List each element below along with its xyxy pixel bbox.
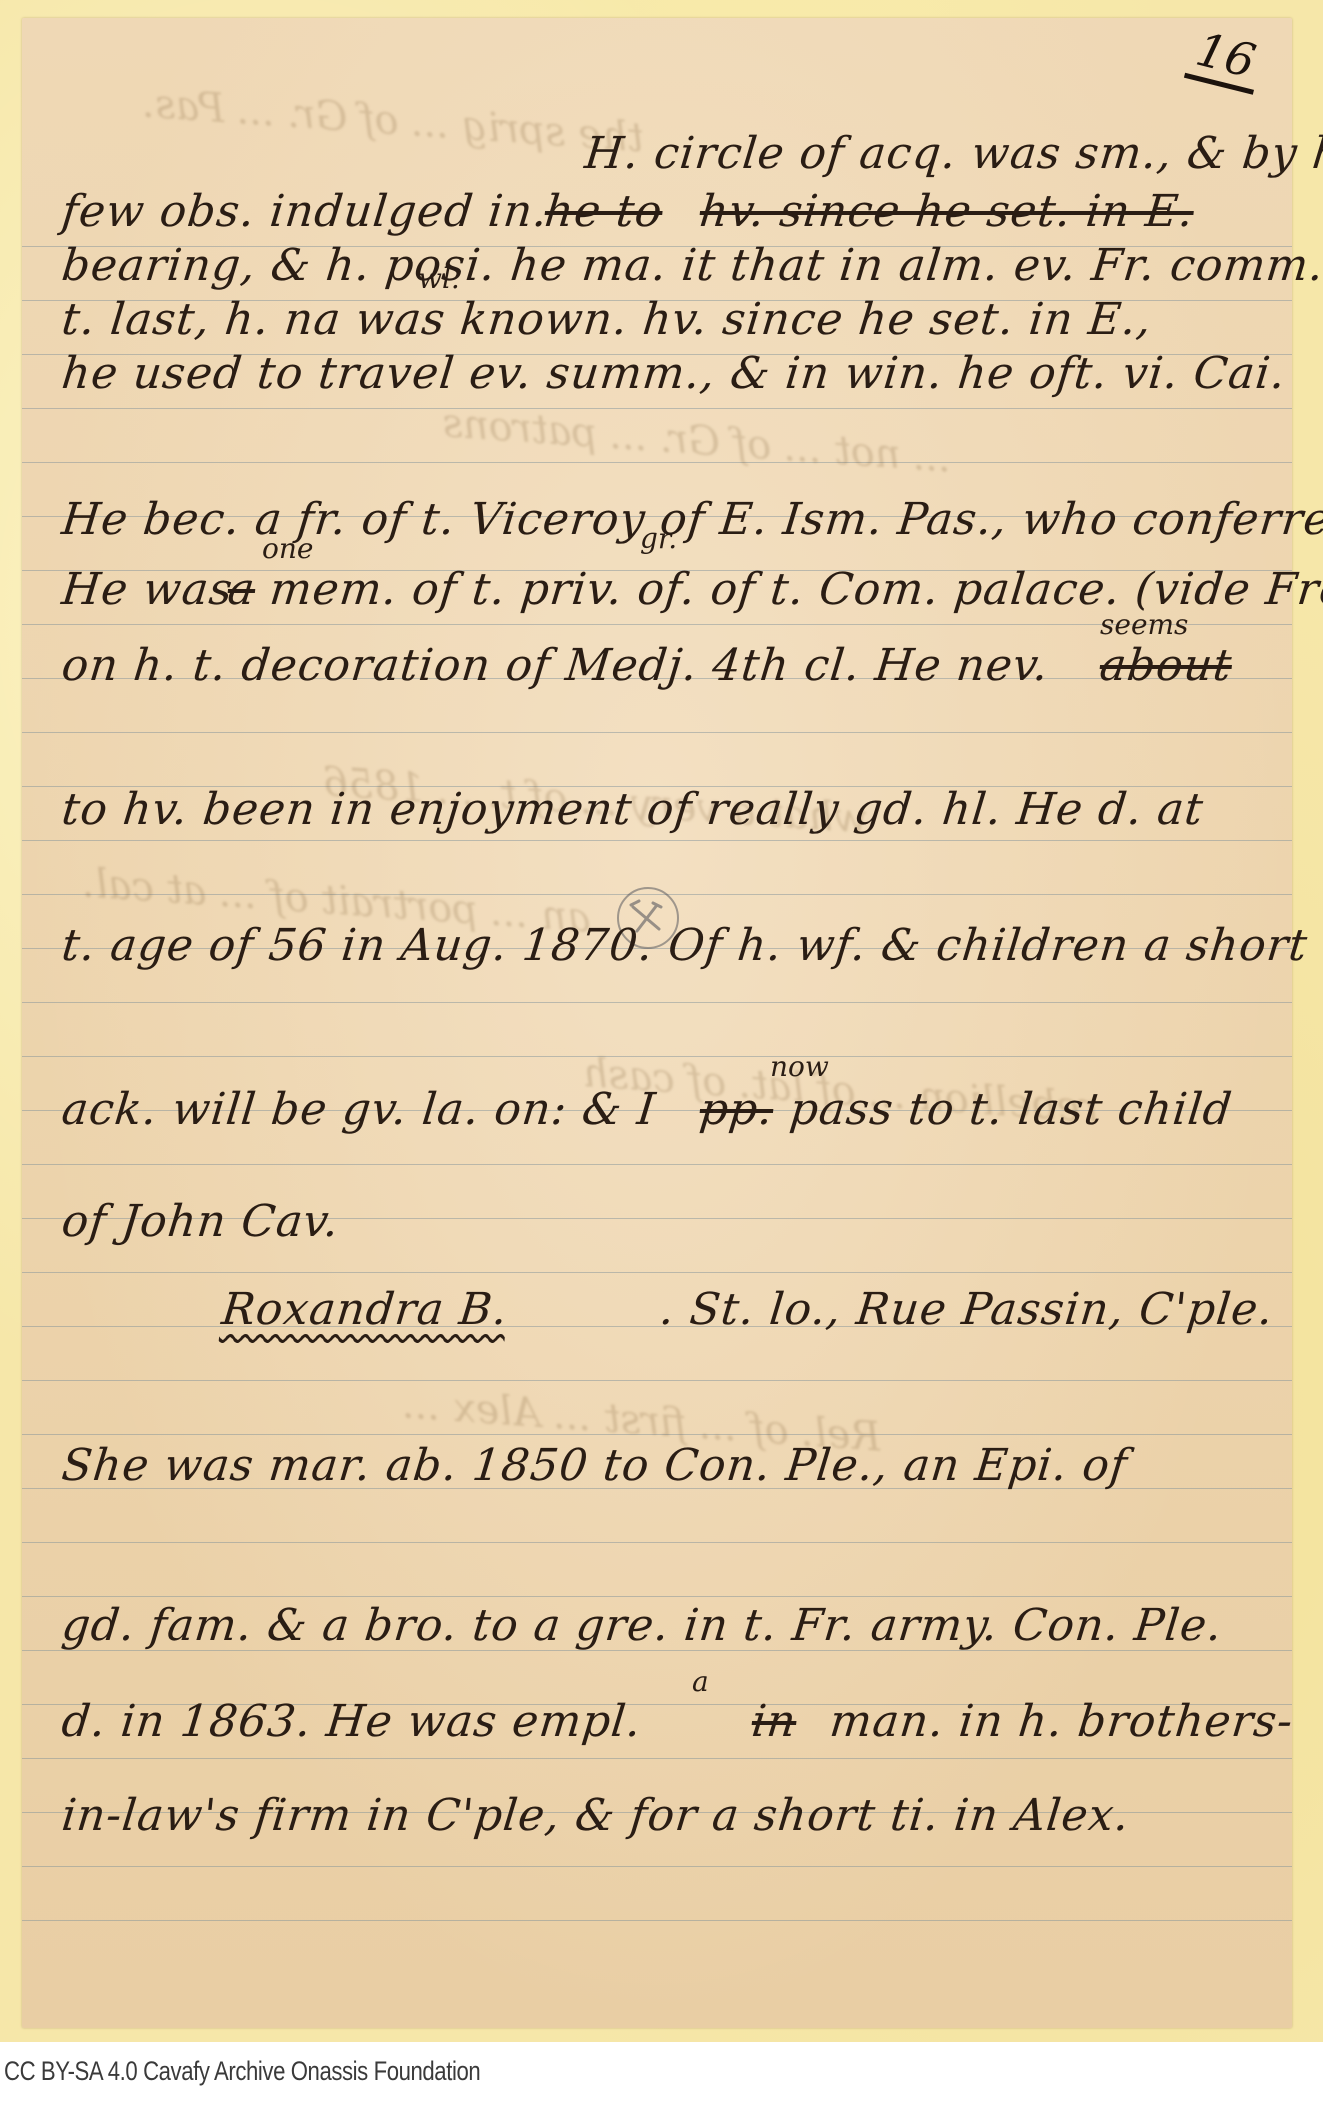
- struck-text: hv. since he set. in E.: [697, 186, 1196, 237]
- ruled-line: [22, 840, 1292, 841]
- ruled-line: [22, 1758, 1292, 1759]
- manuscript-line: pass to t. last child: [787, 1084, 1235, 1135]
- manuscript-line: He bec. a fr. of t. Viceroy of E. Ism. P…: [59, 494, 1323, 545]
- manuscript-line: bearing, & h. posi. he ma. it that in al…: [59, 240, 1323, 291]
- manuscript-line: d. in 1863. He was empl.: [59, 1696, 644, 1747]
- manuscript-line: to hv. been in enjoyment of really gd. h…: [59, 784, 1206, 835]
- manuscript-line: She was mar. ab. 1850 to Con. Ple., an E…: [59, 1440, 1130, 1491]
- manuscript-line: He was: [59, 564, 235, 615]
- ruled-line: [22, 1380, 1292, 1381]
- manuscript-line: t. last, h. na was known. hv. since he s…: [59, 294, 1154, 345]
- interlinear-insertion: gr.: [640, 522, 677, 555]
- interlinear-insertion: wl.: [418, 262, 460, 295]
- manuscript-line: on h. t. decoration of Medj. 4th cl. He …: [59, 640, 1051, 691]
- interlinear-insertion: a: [692, 1665, 709, 1698]
- manuscript-line: H. circle of acq. was sm., & by h.: [582, 128, 1323, 179]
- bleed-through-text: the sprig ... of Gr. ... Pas.: [141, 81, 645, 162]
- license-caption: CC BY-SA 4.0 Cavafy Archive Onassis Foun…: [4, 2056, 480, 2087]
- struck-text: about: [1097, 640, 1234, 691]
- ruled-line: [22, 1596, 1292, 1597]
- manuscript-line: . St. lo., Rue Passin, C'ple.: [657, 1284, 1276, 1335]
- ruled-line: [22, 462, 1292, 463]
- interlinear-insertion: one: [262, 532, 313, 565]
- ruled-line: [22, 1866, 1292, 1867]
- manuscript-line: t. age of 56 in Aug. 1870. Of h. wf. & c…: [59, 920, 1310, 971]
- ruled-line: [22, 1164, 1292, 1165]
- ruled-line: [22, 1002, 1292, 1003]
- interlinear-insertion: now: [770, 1050, 829, 1083]
- struck-text: pp.: [697, 1084, 776, 1135]
- ruled-line: [22, 1542, 1292, 1543]
- bleed-through-text: ... not ... of Gr. ... patrons: [441, 400, 953, 481]
- ruled-line: [22, 1920, 1292, 1921]
- struck-text: he to: [542, 186, 665, 237]
- manuscript-line: in-law's firm in C'ple, & for a short ti…: [59, 1790, 1132, 1841]
- manuscript-line: ack. will be gv. la. on: & I: [59, 1084, 658, 1135]
- manuscript-line: of John Cav.: [59, 1196, 341, 1247]
- struck-text: a: [225, 564, 258, 615]
- struck-text: in: [749, 1696, 799, 1747]
- manuscript-line: he used to travel ev. summ., & in win. h…: [59, 348, 1288, 399]
- ruled-line: [22, 1272, 1292, 1273]
- manuscript-line: man. in h. brothers-: [827, 1696, 1296, 1747]
- ruled-line: [22, 732, 1292, 733]
- manuscript-line: gd. fam. & a bro. to a gre. in t. Fr. ar…: [59, 1600, 1225, 1651]
- section-heading: Roxandra B.: [219, 1284, 510, 1335]
- ruled-line: [22, 408, 1292, 409]
- manuscript-line: few obs. indulged in.: [59, 186, 550, 237]
- interlinear-insertion: seems: [1100, 608, 1188, 641]
